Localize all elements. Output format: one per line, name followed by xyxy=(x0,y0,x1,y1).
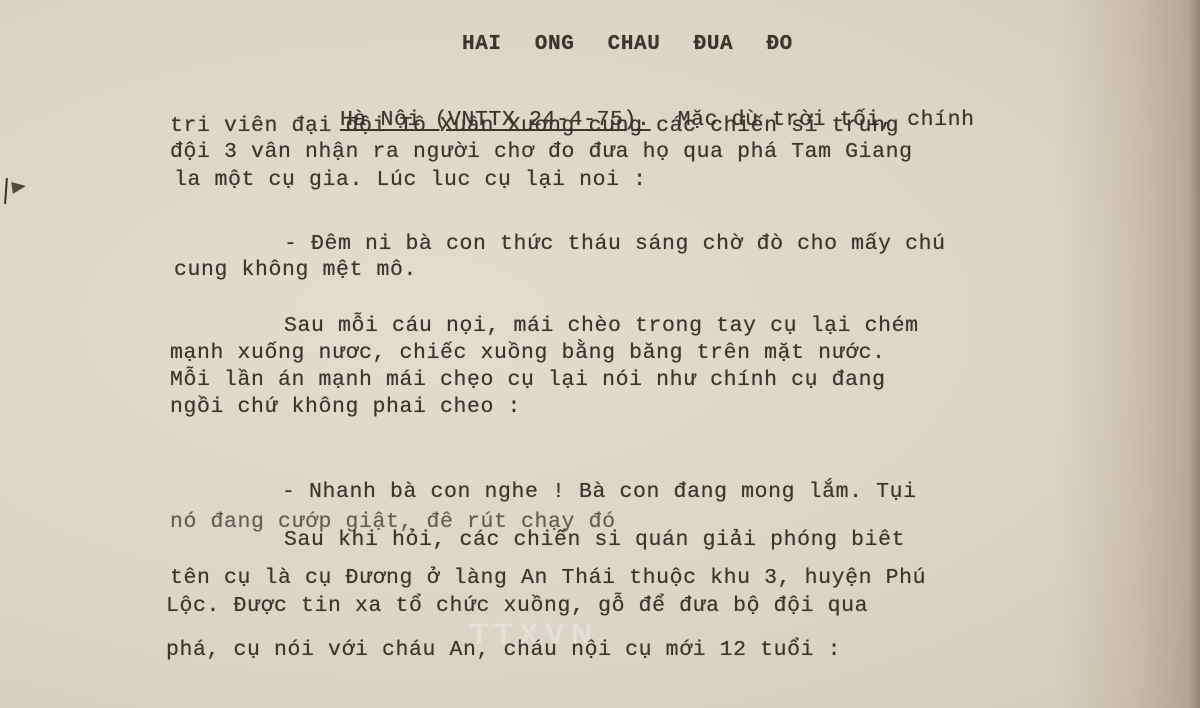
text-line: ngồi chứ không phai cheo : xyxy=(170,397,521,419)
scanned-document-page: HAI ONG CHAU ĐUA ĐO Hà Nội (VNTTX 24-4-7… xyxy=(0,0,1200,708)
watermark: TTXVN xyxy=(470,618,598,652)
text-line: tri viên đại đội Tô Xuân Xương cung các … xyxy=(170,116,899,138)
text-line: tên cụ là cụ Đương ở làng An Thái thuộc … xyxy=(170,568,926,590)
text-line: mạnh xuống nươc, chiếc xuồng bằng băng t… xyxy=(170,343,886,365)
text-line: đội 3 vân nhận ra người chơ đo đưa họ qu… xyxy=(170,142,913,164)
text-line: Sau mỗi cáu nọi, mái chèo trong tay cụ l… xyxy=(284,316,919,338)
document-title: HAI ONG CHAU ĐUA ĐO xyxy=(462,33,793,56)
text-line: - Nhanh bà con nghe ! Bà con đang mong l… xyxy=(282,482,917,504)
text-line: Mỗi lần án mạnh mái chẹo cụ lại nói như … xyxy=(170,370,886,392)
text-line: - Đêm ni bà con thức tháu sáng chờ đò ch… xyxy=(284,234,946,256)
text-line: Lộc. Được tin xa tổ chức xuồng, gỗ để đư… xyxy=(166,596,868,618)
margin-arrow-mark-icon xyxy=(3,178,31,206)
text-line: Sau khi hỏi, các chiến si quán giải phón… xyxy=(284,530,905,552)
text-line: cung không mệt mô. xyxy=(174,260,417,282)
text-line: la một cụ gia. Lúc luc cụ lại noi : xyxy=(174,170,647,192)
